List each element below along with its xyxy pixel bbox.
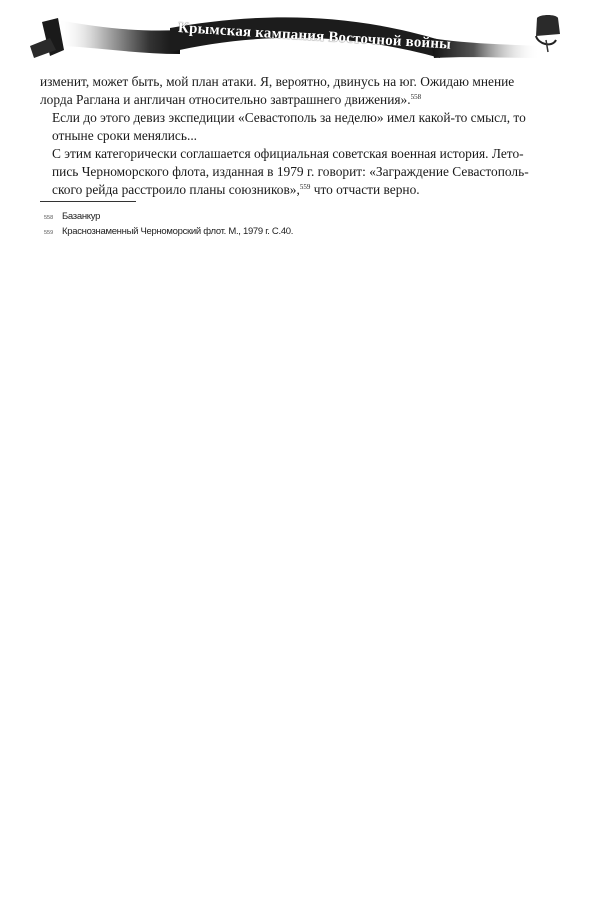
text-fragment: лорда Раглана и англичан относительно за… [40, 92, 411, 107]
footnote-text: Базанкур [62, 210, 100, 224]
text-fragment: что отчасти верно. [310, 182, 419, 197]
footnote-text: Краснознаменный Черноморский флот. М., 1… [62, 225, 293, 239]
chapter-header-banner: Крымская кампания Восточной войны [0, 0, 600, 72]
page-body: изменит, может быть, мой план атаки. Я, … [40, 73, 570, 199]
text-line: лорда Раглана и англичан относительно за… [40, 91, 570, 109]
footnote-558: 558 Базанкур [44, 210, 293, 225]
footnote-number: 558 [44, 211, 62, 225]
text-line: С этим категорически соглашается официал… [40, 145, 570, 163]
footnote-ref-558[interactable]: 558 [411, 93, 422, 101]
text-line: отныне сроки менялись... [40, 127, 570, 145]
paragraph-2: Если до этого девиз экспедиции «Севастоп… [40, 109, 570, 145]
footnote-divider [40, 201, 136, 202]
text-line: изменит, может быть, мой план атаки. Я, … [40, 73, 570, 91]
paragraph-3: С этим категорически соглашается официал… [40, 145, 570, 199]
text-fragment: ского рейда расстроило планы союзников», [52, 182, 300, 197]
footnote-ref-559[interactable]: 559 [300, 183, 311, 191]
paragraph-1: изменит, может быть, мой план атаки. Я, … [40, 73, 570, 109]
text-line: Если до этого девиз экспедиции «Севастоп… [40, 109, 570, 127]
footnote-559: 559 Краснознаменный Черноморский флот. М… [44, 225, 293, 240]
text-line: пись Черноморского флота, изданная в 197… [40, 163, 570, 181]
footnote-number: 559 [44, 226, 62, 240]
text-line: ского рейда расстроило планы союзников»,… [40, 181, 570, 199]
footnotes: 558 Базанкур 559 Краснознаменный Черномо… [44, 210, 293, 240]
